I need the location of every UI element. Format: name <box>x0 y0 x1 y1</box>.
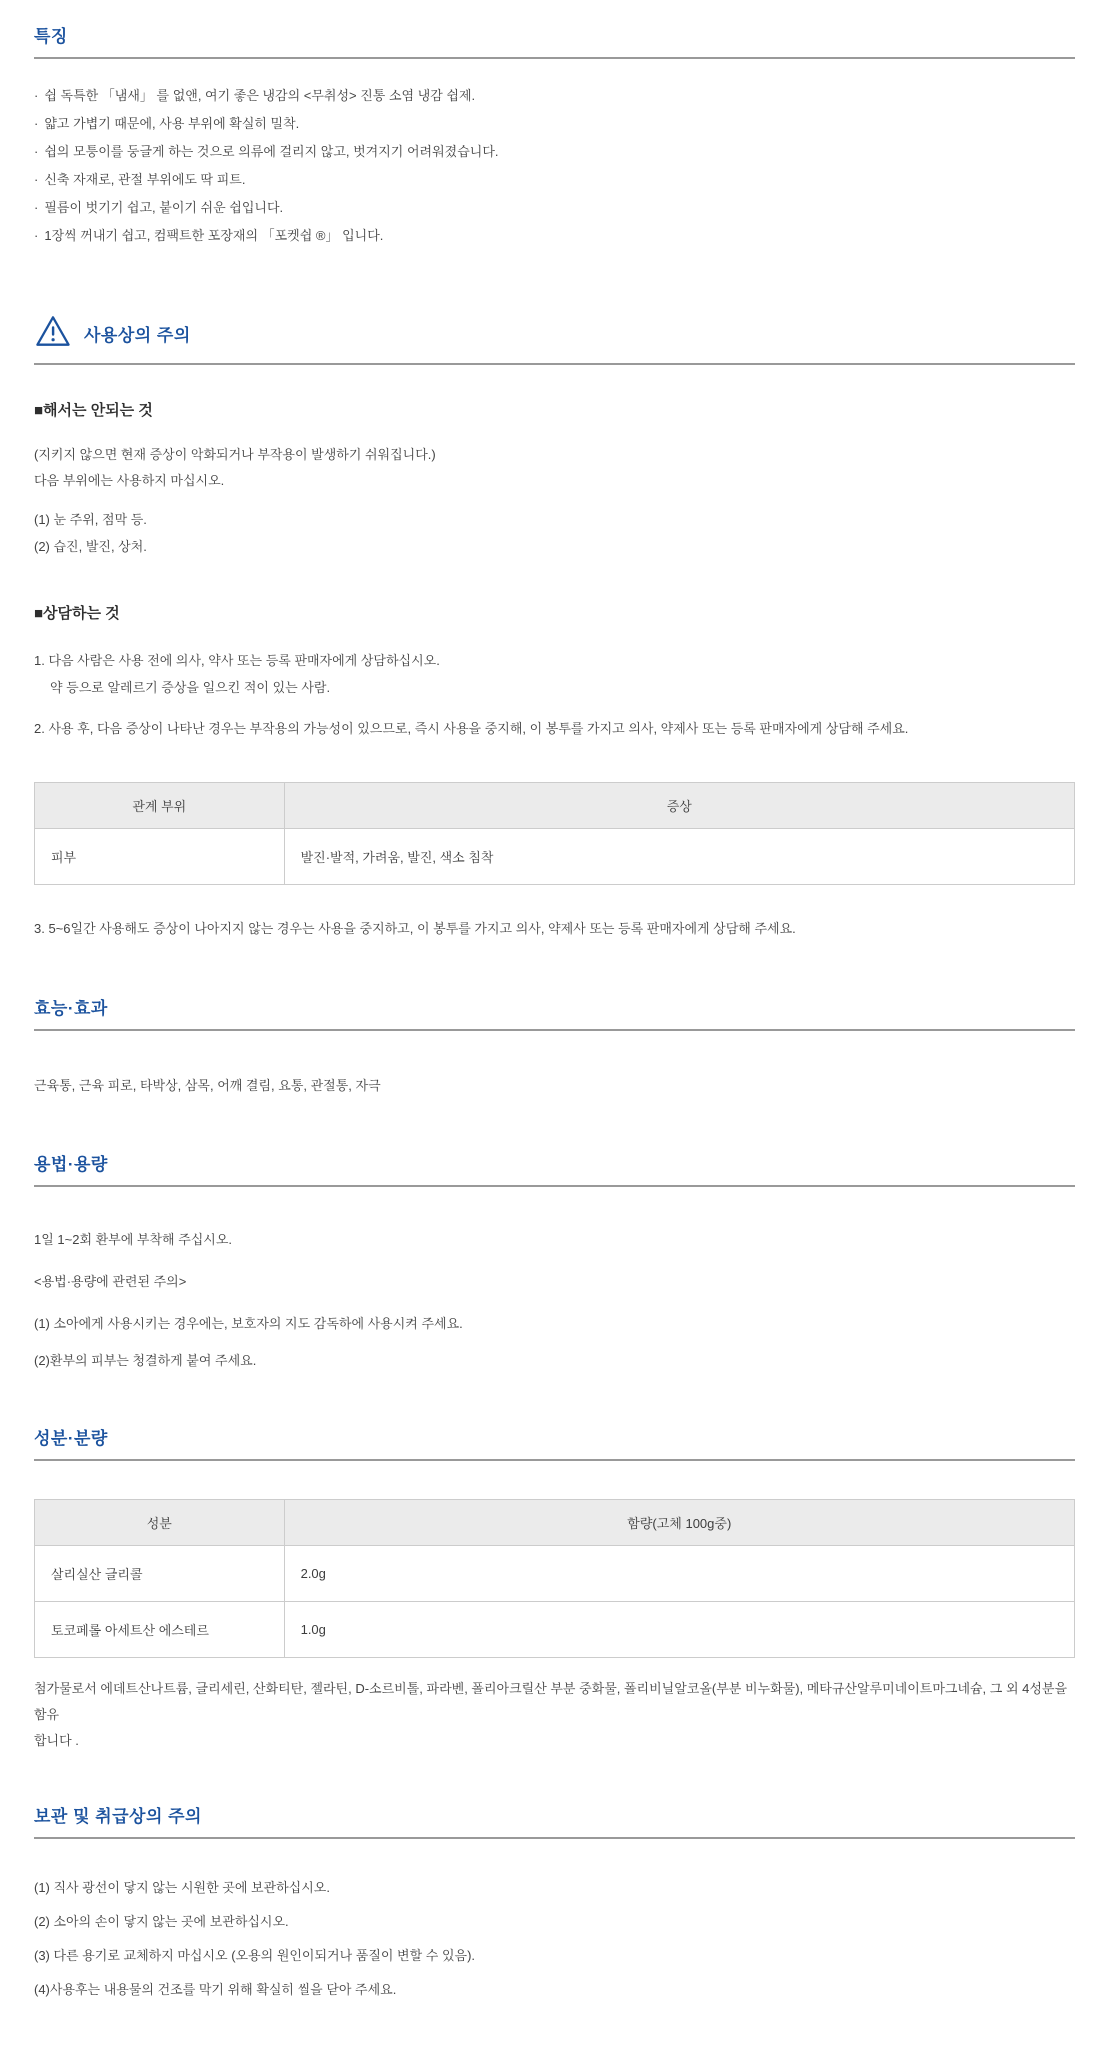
dont-items: (1) 눈 주위, 점막 등. (2) 습진, 발진, 상처. <box>34 506 1075 560</box>
additives-line: 합니다 . <box>34 1728 1075 1754</box>
divider <box>34 363 1075 365</box>
efficacy-text: 근육통, 근육 피로, 타박상, 삼목, 어깨 결림, 요통, 관절통, 자극 <box>34 1075 1075 1094</box>
feature-item: 쉽 독특한 「냄새」 를 없앤, 여기 좋은 냉감의 <무취성> 진통 소염 냉… <box>34 89 1075 102</box>
consult-line: 1. 다음 사람은 사용 전에 의사, 약사 또는 등록 판매자에게 상담하십시… <box>34 647 1075 674</box>
storage-title: 보관 및 취급상의 주의 <box>34 1802 1075 1827</box>
section-storage: 보관 및 취급상의 주의 (1) 직사 광선이 닿지 않는 시원한 곳에 보관하… <box>34 1802 1075 1996</box>
divider <box>34 57 1075 59</box>
dosage-caution-title: <용법·용량에 관련된 주의> <box>34 1271 1075 1290</box>
divider <box>34 1459 1075 1461</box>
ingredients-table-cell: 토코페롤 아세트산 에스테르 <box>35 1602 285 1658</box>
divider <box>34 1029 1075 1031</box>
dosage-title: 용법·용량 <box>34 1150 1075 1175</box>
consult-item-1: 1. 다음 사람은 사용 전에 의사, 약사 또는 등록 판매자에게 상담하십시… <box>34 647 1075 701</box>
product-info-page: 특징 쉽 독특한 「냄새」 를 없앤, 여기 좋은 냉감의 <무취성> 진통 소… <box>0 0 1109 2067</box>
table-row: 피부 발진·발적, 가려움, 발진, 색소 침착 <box>35 829 1075 885</box>
feature-item: 쉽의 모퉁이를 둥글게 하는 것으로 의류에 걸리지 않고, 벗겨지기 어려워졌… <box>34 145 1075 158</box>
dont-note-line: 다음 부위에는 사용하지 마십시오. <box>34 468 1075 494</box>
section-efficacy: 효능·효과 근육통, 근육 피로, 타박상, 삼목, 어깨 결림, 요통, 관절… <box>34 994 1075 1094</box>
ingredients-table: 성분 함량(고체 100g중) 살리실산 글리콜 2.0g 토코페롤 아세트산 … <box>34 1499 1075 1658</box>
storage-item: (3) 다른 용기로 교체하지 마십시오 (오용의 원인이되거나 품질이 변할 … <box>34 1949 1075 1962</box>
consult-item-3: 3. 5~6일간 사용해도 증상이 나아지지 않는 경우는 사용을 중지하고, … <box>34 915 1075 942</box>
symptom-table-cell: 피부 <box>35 829 285 885</box>
efficacy-title: 효능·효과 <box>34 994 1075 1019</box>
ingredients-table-header-row: 성분 함량(고체 100g중) <box>35 1500 1075 1546</box>
ingredients-table-header-cell: 성분 <box>35 1500 285 1546</box>
additives-paragraph: 첨가물로서 에데트산나트륨, 글리세린, 산화티탄, 젤라틴, D-소르비톨, … <box>34 1676 1075 1754</box>
feature-item: 신축 자재로, 관절 부위에도 딱 피트. <box>34 173 1075 186</box>
features-list: 쉽 독특한 「냄새」 를 없앤, 여기 좋은 냉감의 <무취성> 진통 소염 냉… <box>34 89 1075 242</box>
dosage-line: 1일 1~2회 환부에 부착해 주십시오. <box>34 1229 1075 1248</box>
section-ingredients: 성분·분량 성분 함량(고체 100g중) 살리실산 글리콜 2.0g 토코페롤… <box>34 1424 1075 1754</box>
consult-subline: 약 등으로 알레르기 증상을 일으킨 적이 있는 사람. <box>34 674 1075 701</box>
section-precautions: 사용상의 주의 ■해서는 안되는 것 (지키지 않으면 현재 증상이 악화되거나… <box>34 314 1075 942</box>
ingredients-table-cell: 2.0g <box>284 1546 1074 1602</box>
storage-item: (1) 직사 광선이 닿지 않는 시원한 곳에 보관하십시오. <box>34 1881 1075 1894</box>
dont-note-line: (지키지 않으면 현재 증상이 악화되거나 부작용이 발생하기 쉬워집니다.) <box>34 442 1075 468</box>
precautions-heading-row: 사용상의 주의 <box>34 314 1075 353</box>
symptom-table-header-row: 관계 부위 증상 <box>35 783 1075 829</box>
section-dosage: 용법·용량 1일 1~2회 환부에 부착해 주십시오. <용법·용량에 관련된 … <box>34 1150 1075 1369</box>
table-row: 살리실산 글리콜 2.0g <box>35 1546 1075 1602</box>
divider <box>34 1837 1075 1839</box>
symptom-table: 관계 부위 증상 피부 발진·발적, 가려움, 발진, 색소 침착 <box>34 782 1075 885</box>
feature-item: 1장씩 꺼내기 쉽고, 컴팩트한 포장재의 「포켓쉽 ®」 입니다. <box>34 229 1075 242</box>
dont-heading: ■해서는 안되는 것 <box>34 399 1075 420</box>
feature-item: 얇고 가볍기 때문에, 사용 부위에 확실히 밀착. <box>34 117 1075 130</box>
storage-item: (2) 소아의 손이 닿지 않는 곳에 보관하십시오. <box>34 1915 1075 1928</box>
divider <box>34 1185 1075 1187</box>
ingredients-table-cell: 살리실산 글리콜 <box>35 1546 285 1602</box>
features-title: 특징 <box>34 22 1075 47</box>
ingredients-table-cell: 1.0g <box>284 1602 1074 1658</box>
dosage-caution-item: (2)환부의 피부는 청결하게 붙여 주세요. <box>34 1350 1075 1369</box>
dont-item: (1) 눈 주위, 점막 등. <box>34 506 1075 533</box>
precautions-title: 사용상의 주의 <box>84 321 191 346</box>
storage-item: (4)사용후는 내용물의 건조를 막기 위해 확실히 씰을 닫아 주세요. <box>34 1983 1075 1996</box>
dosage-caution-item: (1) 소아에게 사용시키는 경우에는, 보호자의 지도 감독하에 사용시켜 주… <box>34 1313 1075 1332</box>
section-features: 특징 쉽 독특한 「냄새」 를 없앤, 여기 좋은 냉감의 <무취성> 진통 소… <box>34 22 1075 242</box>
consult-item-2: 2. 사용 후, 다음 증상이 나타난 경우는 부작용의 가능성이 있으므로, … <box>34 715 1075 742</box>
dont-item: (2) 습진, 발진, 상처. <box>34 533 1075 560</box>
symptom-table-cell: 발진·발적, 가려움, 발진, 색소 침착 <box>284 829 1074 885</box>
consult-heading: ■상담하는 것 <box>34 602 1075 623</box>
feature-item: 필름이 벗기기 쉽고, 붙이기 쉬운 쉽입니다. <box>34 201 1075 214</box>
symptom-table-header-cell: 증상 <box>284 783 1074 829</box>
dont-notes: (지키지 않으면 현재 증상이 악화되거나 부작용이 발생하기 쉬워집니다.) … <box>34 442 1075 494</box>
symptom-table-header-cell: 관계 부위 <box>35 783 285 829</box>
ingredients-table-header-cell: 함량(고체 100g중) <box>284 1500 1074 1546</box>
additives-line: 첨가물로서 에데트산나트륨, 글리세린, 산화티탄, 젤라틴, D-소르비톨, … <box>34 1676 1075 1728</box>
warning-triangle-icon <box>34 314 72 353</box>
ingredients-title: 성분·분량 <box>34 1424 1075 1449</box>
table-row: 토코페롤 아세트산 에스테르 1.0g <box>35 1602 1075 1658</box>
storage-list: (1) 직사 광선이 닿지 않는 시원한 곳에 보관하십시오. (2) 소아의 … <box>34 1881 1075 1996</box>
